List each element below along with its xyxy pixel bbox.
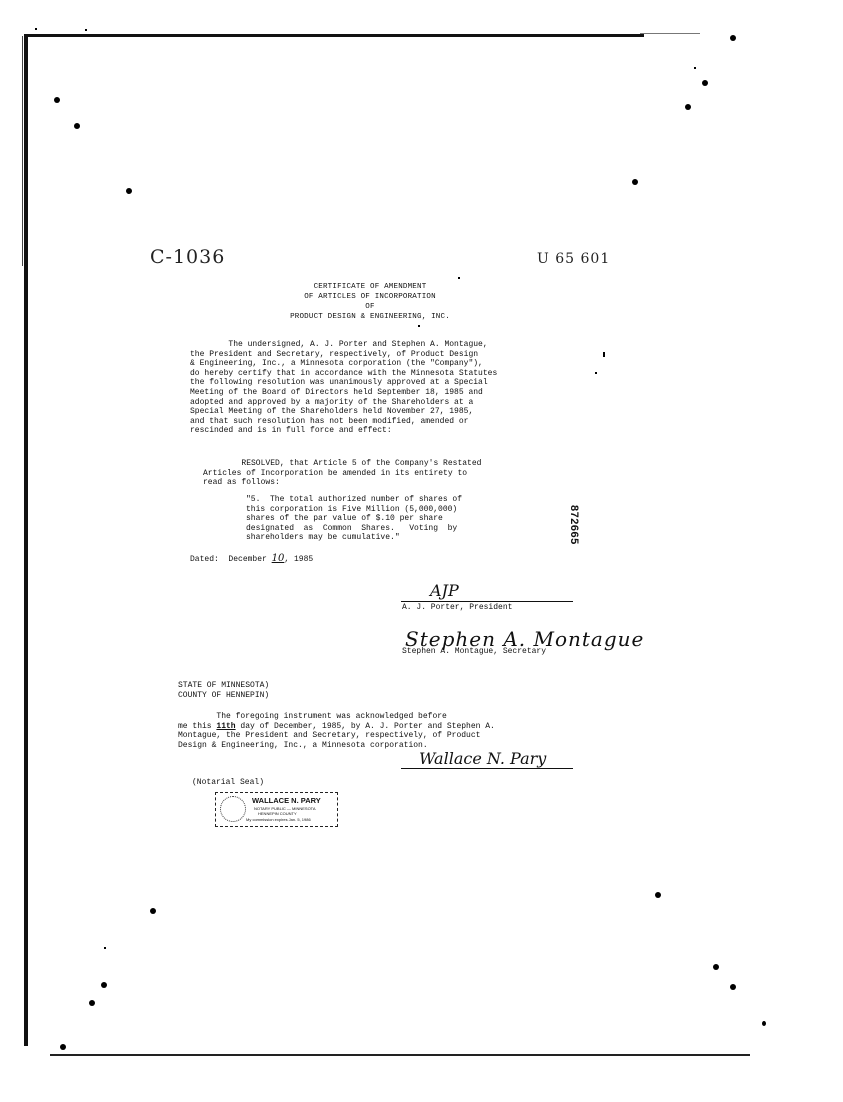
certification-paragraph: The undersigned, A. J. Porter and Stephe… bbox=[190, 340, 497, 436]
venue-block: STATE OF MINNESOTA) COUNTY OF HENNEPIN) bbox=[178, 681, 269, 701]
signature-line bbox=[401, 601, 573, 602]
scan-speck bbox=[458, 277, 460, 279]
scan-border-left bbox=[24, 36, 28, 1046]
scan-border-bottom bbox=[50, 1054, 750, 1056]
secretary-signature-label: Stephen A. Montague, Secretary bbox=[402, 647, 546, 657]
notary-commission: My commission expires Jan. 5, 1986 bbox=[246, 817, 311, 822]
document-title: CERTIFICATE OF AMENDMENT OF ARTICLES OF … bbox=[200, 282, 540, 322]
scan-noise-dot bbox=[762, 1021, 766, 1026]
scan-border-left-faint bbox=[22, 36, 23, 266]
scan-noise-dot bbox=[685, 104, 691, 110]
scan-speck bbox=[694, 67, 696, 69]
ack-day-handwritten: 11th bbox=[216, 722, 235, 731]
notary-stamp: WALLACE N. PARY NOTARY PUBLIC — MINNESOT… bbox=[215, 792, 338, 827]
scan-noise-dot bbox=[60, 1044, 66, 1050]
scan-noise-dot bbox=[702, 80, 708, 86]
scan-noise-dot bbox=[150, 908, 156, 914]
scan-speck bbox=[104, 947, 106, 949]
handwritten-number: U 65 601 bbox=[537, 251, 610, 267]
dated-line: Dated: December 10, 1985 bbox=[190, 554, 313, 565]
notarial-seal-label: (Notarial Seal) bbox=[192, 778, 264, 788]
president-signature: AJP bbox=[430, 581, 459, 600]
scan-border-top bbox=[24, 34, 644, 37]
seal-emblem-icon bbox=[220, 796, 246, 822]
scan-noise-dot bbox=[54, 97, 60, 103]
ack-line2-pre: me this bbox=[178, 722, 216, 731]
scan-noise-dot bbox=[655, 892, 661, 898]
dated-month: December bbox=[228, 555, 271, 564]
scan-speck bbox=[85, 29, 87, 31]
acknowledgment-paragraph: The foregoing instrument was acknowledge… bbox=[178, 712, 495, 750]
ack-rest: Montague, the President and Secretary, r… bbox=[178, 731, 480, 750]
title-line: OF ARTICLES OF INCORPORATION bbox=[200, 292, 540, 302]
scan-noise-dot bbox=[730, 35, 736, 41]
title-line: OF bbox=[200, 302, 540, 312]
dated-year: , 1985 bbox=[284, 555, 313, 564]
scan-noise-dot bbox=[713, 964, 719, 970]
scan-noise-dot bbox=[632, 179, 638, 185]
side-stamp-number: 872665 bbox=[568, 505, 580, 545]
amended-article-text: "5. The total authorized number of share… bbox=[246, 495, 462, 543]
scan-speck bbox=[603, 352, 605, 357]
ack-line2-post: day of December, 1985, by A. J. Porter a… bbox=[236, 722, 495, 731]
president-signature-label: A. J. Porter, President bbox=[402, 603, 512, 613]
notary-name: WALLACE N. PARY bbox=[252, 796, 321, 805]
scan-noise-dot bbox=[101, 982, 107, 988]
notary-county: HENNEPIN COUNTY bbox=[258, 811, 297, 816]
scan-speck bbox=[595, 372, 597, 374]
handwritten-reference: C-1036 bbox=[150, 246, 225, 268]
signature-line bbox=[401, 768, 573, 769]
scan-noise-dot bbox=[730, 984, 736, 990]
scan-noise-dot bbox=[126, 188, 132, 194]
scan-noise-dot bbox=[74, 123, 80, 129]
ack-line1: The foregoing instrument was acknowledge… bbox=[178, 712, 447, 721]
scan-speck bbox=[35, 28, 37, 30]
scan-noise-dot bbox=[89, 1000, 95, 1006]
title-line: CERTIFICATE OF AMENDMENT bbox=[200, 282, 540, 292]
title-line: PRODUCT DESIGN & ENGINEERING, INC. bbox=[200, 312, 540, 322]
dated-day-handwritten: 10 bbox=[272, 553, 285, 564]
notary-signature: Wallace N. Pary bbox=[419, 749, 546, 768]
resolution-paragraph: RESOLVED, that Article 5 of the Company'… bbox=[203, 459, 481, 488]
scan-speck bbox=[418, 325, 420, 327]
scan-border-top-faint bbox=[640, 33, 700, 34]
dated-label: Dated: bbox=[190, 555, 219, 564]
